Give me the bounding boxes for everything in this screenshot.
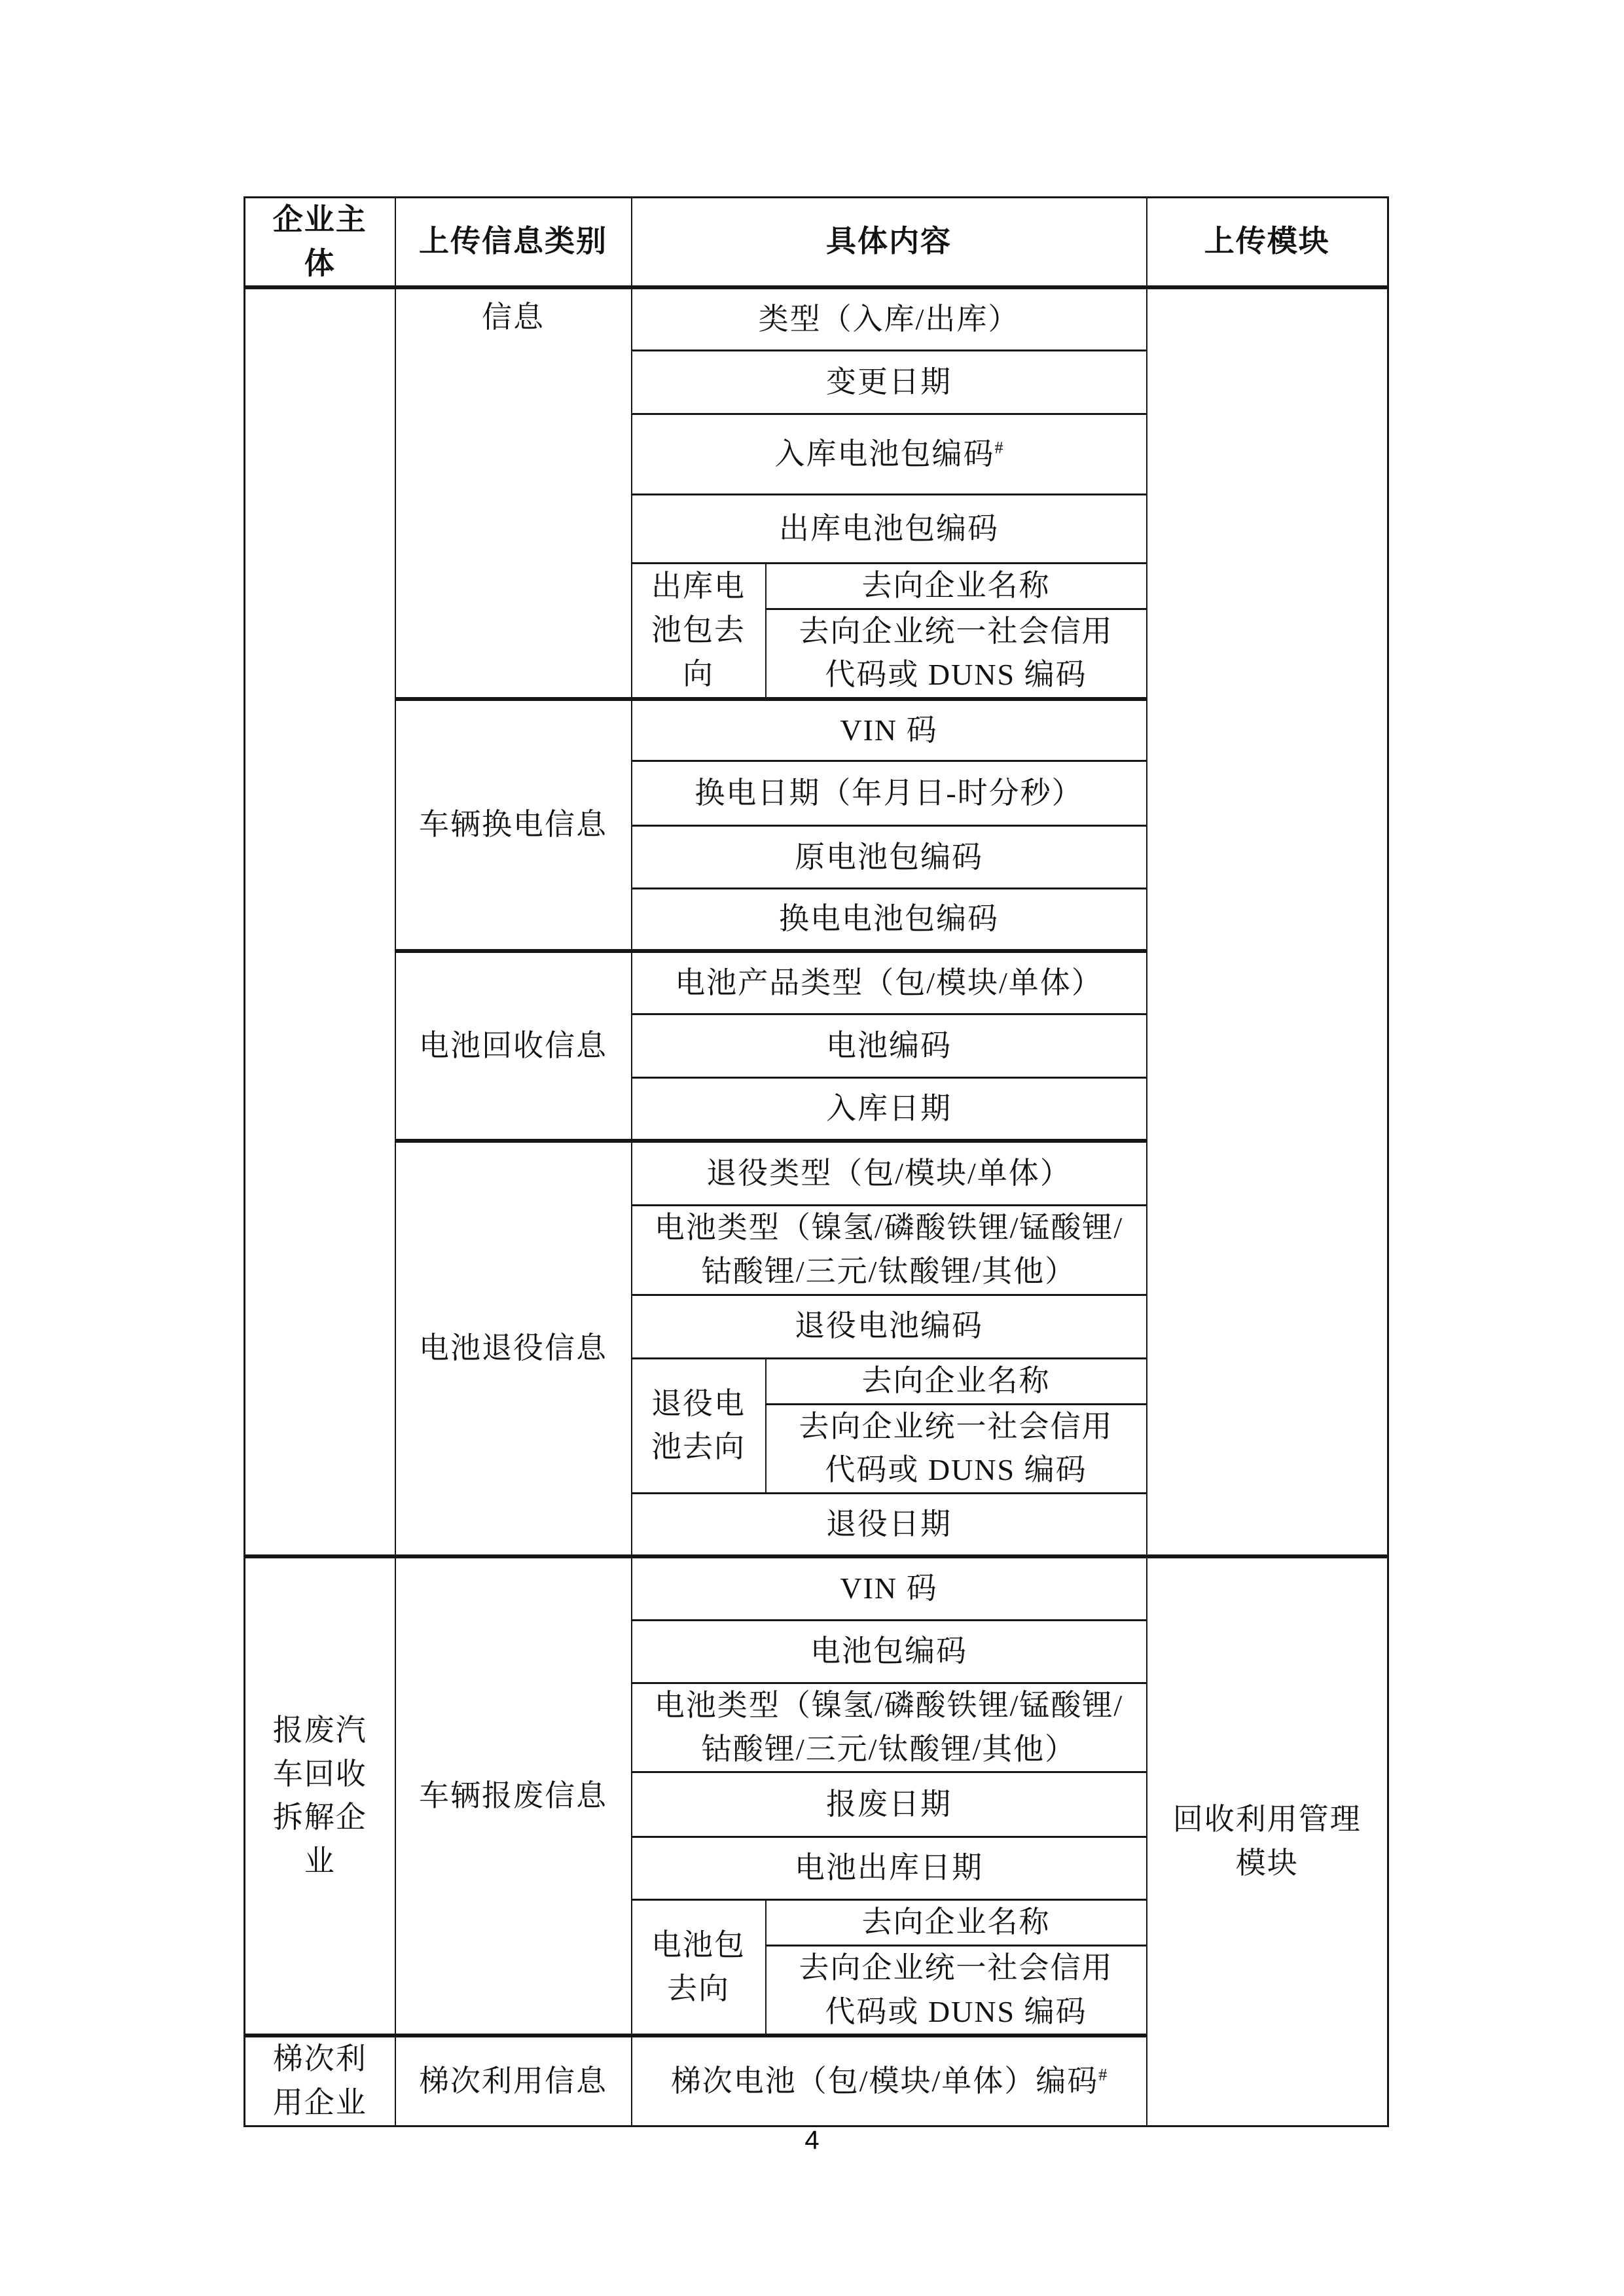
cell-retire-dest-label: 退役电池去向 xyxy=(632,1358,766,1493)
cell-scrap-battery-type: 电池类型（镍氢/磷酸铁锂/锰酸锂/钴酸锂/三元/钛酸锂/其他） xyxy=(632,1683,1147,1772)
info-upload-table: 企业主体 上传信息类别 具体内容 上传模块 信息 类型（入库/出库） 变更日期 … xyxy=(244,196,1389,2127)
cell-category-recycle: 电池回收信息 xyxy=(395,951,632,1141)
header-entity: 企业主体 xyxy=(245,198,395,288)
cell-recycle-inbound-date: 入库日期 xyxy=(632,1078,1147,1141)
cell-scrap-date: 报废日期 xyxy=(632,1772,1147,1837)
header-category: 上传信息类别 xyxy=(395,198,632,288)
header-content: 具体内容 xyxy=(632,198,1147,288)
table-row: 报废汽车回收拆解企业 车辆报废信息 VIN 码 回收利用管理模块 xyxy=(245,1556,1388,1620)
cell-inbound-pack-code: 入库电池包编码# xyxy=(632,414,1147,494)
superscript-hash: # xyxy=(1098,2065,1107,2084)
cell-outbound-dest-label: 出库电池包去向 xyxy=(632,563,766,699)
cell-entity-carryover xyxy=(245,287,395,1556)
cell-dest-company-code: 去向企业统一社会信用代码或 DUNS 编码 xyxy=(766,1404,1147,1493)
cell-scrap-vin: VIN 码 xyxy=(632,1556,1147,1620)
cell-module-carryover xyxy=(1147,287,1388,1556)
cell-recycle-battery-code: 电池编码 xyxy=(632,1014,1147,1078)
cell-category-battery-io: 信息 xyxy=(395,287,632,699)
cell-outbound-pack-code: 出库电池包编码 xyxy=(632,494,1147,563)
cell-change-date: 变更日期 xyxy=(632,350,1147,414)
cell-swap-pack-code: 换电电池包编码 xyxy=(632,889,1147,951)
cell-dest-company-code: 去向企业统一社会信用代码或 DUNS 编码 xyxy=(766,1945,1147,2036)
table-row: 信息 类型（入库/出库） xyxy=(245,287,1388,350)
cell-scrap-dest-label: 电池包去向 xyxy=(632,1900,766,2036)
superscript-hash: # xyxy=(995,438,1003,457)
cell-dest-company-code: 去向企业统一社会信用代码或 DUNS 编码 xyxy=(766,609,1147,699)
cell-dest-company-name: 去向企业名称 xyxy=(766,563,1147,609)
document-page: 企业主体 上传信息类别 具体内容 上传模块 信息 类型（入库/出库） 变更日期 … xyxy=(0,0,1624,2296)
cell-category-retire: 电池退役信息 xyxy=(395,1141,632,1556)
cell-io-type: 类型（入库/出库） xyxy=(632,287,1147,350)
cell-dest-company-name: 去向企业名称 xyxy=(766,1358,1147,1404)
cell-category-echelon-use: 梯次利用信息 xyxy=(395,2036,632,2126)
cell-original-pack-code: 原电池包编码 xyxy=(632,826,1147,889)
cell-scrap-pack-code: 电池包编码 xyxy=(632,1620,1147,1683)
cell-text: 梯次电池（包/模块/单体）编码 xyxy=(671,2064,1099,2098)
cell-module-recycle-management: 回收利用管理模块 xyxy=(1147,1556,1388,2126)
cell-echelon-battery-code: 梯次电池（包/模块/单体）编码# xyxy=(632,2036,1147,2126)
cell-recycle-product-type: 电池产品类型（包/模块/单体） xyxy=(632,951,1147,1014)
cell-retire-date: 退役日期 xyxy=(632,1493,1147,1556)
cell-scrap-outbound-date: 电池出库日期 xyxy=(632,1837,1147,1900)
cell-entity-echelon-use: 梯次利用企业 xyxy=(245,2036,395,2126)
cell-retire-type: 退役类型（包/模块/单体） xyxy=(632,1141,1147,1206)
cell-dest-company-name: 去向企业名称 xyxy=(766,1900,1147,1946)
cell-text: 入库电池包编码 xyxy=(775,437,995,471)
cell-category-swap: 车辆换电信息 xyxy=(395,699,632,951)
header-row: 企业主体 上传信息类别 具体内容 上传模块 xyxy=(245,198,1388,288)
cell-swap-date: 换电日期（年月日-时分秒） xyxy=(632,761,1147,826)
cell-swap-vin: VIN 码 xyxy=(632,699,1147,761)
cell-entity-scrap-dismantle: 报废汽车回收拆解企业 xyxy=(245,1556,395,2036)
header-module: 上传模块 xyxy=(1147,198,1388,288)
cell-retired-battery-code: 退役电池编码 xyxy=(632,1295,1147,1358)
cell-retire-battery-type: 电池类型（镍氢/磷酸铁锂/锰酸锂/钴酸锂/三元/钛酸锂/其他） xyxy=(632,1206,1147,1295)
page-number: 4 xyxy=(0,2126,1624,2155)
cell-category-scrap: 车辆报废信息 xyxy=(395,1556,632,2036)
